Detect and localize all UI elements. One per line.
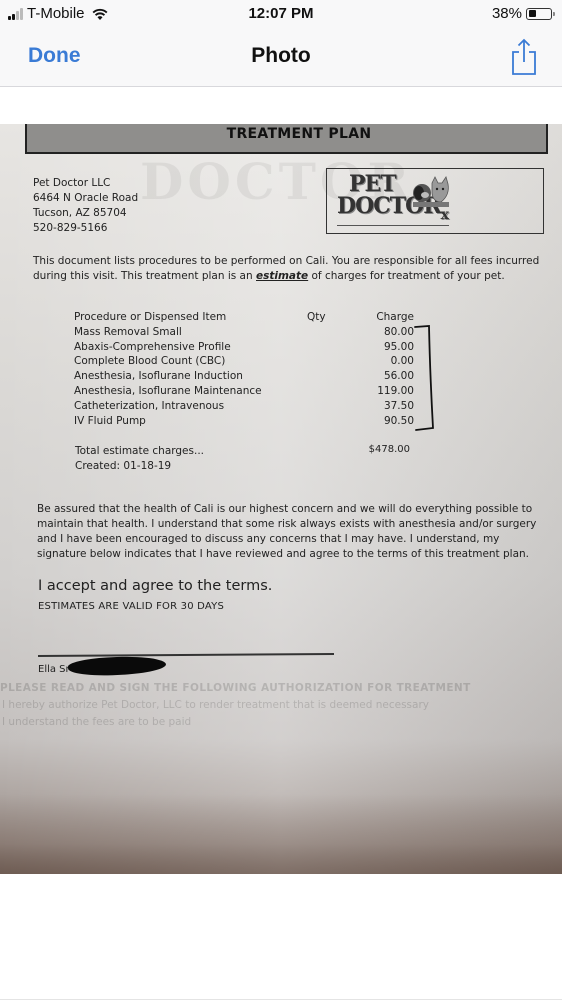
clinic-phone: 520-829-5166 (33, 221, 138, 236)
table-row: Mass Removal Small80.00 (74, 325, 414, 340)
navigation-bar: Done Photo (0, 30, 562, 87)
handwritten-bracket (414, 324, 436, 432)
cell-charge: 56.00 (334, 369, 414, 384)
cell-charge: 90.50 (334, 414, 414, 429)
table-header-row: Procedure or Dispensed Item Qty Charge (74, 310, 414, 325)
clinic-street: 6464 N Oracle Road (33, 191, 138, 206)
cell-item: Anesthesia, Isoflurane Maintenance (74, 384, 262, 399)
table-row: IV Fluid Pump90.50 (74, 414, 414, 429)
charges-table: Procedure or Dispensed Item Qty Charge M… (74, 310, 414, 428)
total-value: $478.00 (369, 442, 410, 457)
assurance-paragraph: Be assured that the health of Cali is ou… (37, 502, 547, 562)
cell-charge: 95.00 (334, 340, 414, 355)
faint-bleedthrough-text: PLEASE READ AND SIGN THE FOLLOWING AUTHO… (0, 680, 562, 731)
document-header: TREATMENT PLAN (25, 124, 548, 154)
cell-item: Abaxis-Comprehensive Profile (74, 340, 231, 355)
photo-shadow (0, 794, 562, 874)
cell-charge: 0.00 (334, 354, 414, 369)
intro-emphasis: estimate (256, 270, 308, 282)
cell-item: IV Fluid Pump (74, 414, 146, 429)
signature-line (38, 653, 334, 657)
cell-item: Anesthesia, Isoflurane Induction (74, 369, 243, 384)
intro-text-2: of charges for treatment of your pet. (308, 270, 505, 282)
header-item: Procedure or Dispensed Item (74, 310, 226, 325)
faint-line-2: I understand the fees are to be paid (0, 714, 562, 731)
table-row: Anesthesia, Isoflurane Maintenance119.00 (74, 384, 414, 399)
faint-heading: PLEASE READ AND SIGN THE FOLLOWING AUTHO… (0, 680, 562, 697)
treatment-plan-document: DOCTOR TREATMENT PLAN Pet Doctor LLC 646… (0, 124, 562, 874)
signature-name: Ella Sr (38, 664, 70, 675)
document-title: TREATMENT PLAN (202, 124, 372, 144)
faint-line-1: I hereby authorize Pet Doctor, LLC to re… (0, 697, 562, 714)
accept-statement: I accept and agree to the terms. (38, 578, 272, 594)
cell-charge: 119.00 (334, 384, 414, 399)
total-label: Total estimate charges... (75, 444, 415, 459)
battery-fill (529, 10, 537, 17)
clinic-name: Pet Doctor LLC (33, 176, 138, 191)
battery-icon (526, 8, 552, 20)
header-qty: Qty (307, 310, 326, 325)
table-row: Anesthesia, Isoflurane Induction56.00 (74, 369, 414, 384)
totals-section: Total estimate charges... $478.00 Create… (75, 444, 415, 474)
clinic-logo: PET DOCTORx (326, 168, 544, 234)
status-right: 38% (492, 5, 552, 22)
share-icon[interactable] (510, 38, 538, 76)
nav-title: Photo (0, 44, 562, 68)
cell-item: Mass Removal Small (74, 325, 182, 340)
clinic-city: Tucson, AZ 85704 (33, 206, 138, 221)
validity-note: ESTIMATES ARE VALID FOR 30 DAYS (38, 601, 224, 612)
cell-charge: 37.50 (334, 399, 414, 414)
table-row: Complete Blood Count (CBC)0.00 (74, 354, 414, 369)
redaction-mark (68, 654, 167, 677)
status-bar: T-Mobile 12:07 PM 38% (0, 0, 562, 30)
photo-viewer[interactable]: DOCTOR TREATMENT PLAN Pet Doctor LLC 646… (0, 124, 562, 874)
clinic-address: Pet Doctor LLC 6464 N Oracle Road Tucson… (33, 176, 138, 236)
cell-item: Catheterization, Intravenous (74, 399, 224, 414)
logo-underline (337, 225, 449, 226)
table-row: Catheterization, Intravenous37.50 (74, 399, 414, 414)
intro-paragraph: This document lists procedures to be per… (33, 254, 545, 284)
table-row: Abaxis-Comprehensive Profile95.00 (74, 340, 414, 355)
status-time: 12:07 PM (0, 5, 562, 22)
cell-item: Complete Blood Count (CBC) (74, 354, 225, 369)
header-charge: Charge (334, 310, 414, 325)
cell-charge: 80.00 (334, 325, 414, 340)
created-date: Created: 01-18-19 (75, 459, 415, 474)
dog-cat-icon (411, 175, 451, 211)
battery-percent: 38% (492, 5, 522, 22)
